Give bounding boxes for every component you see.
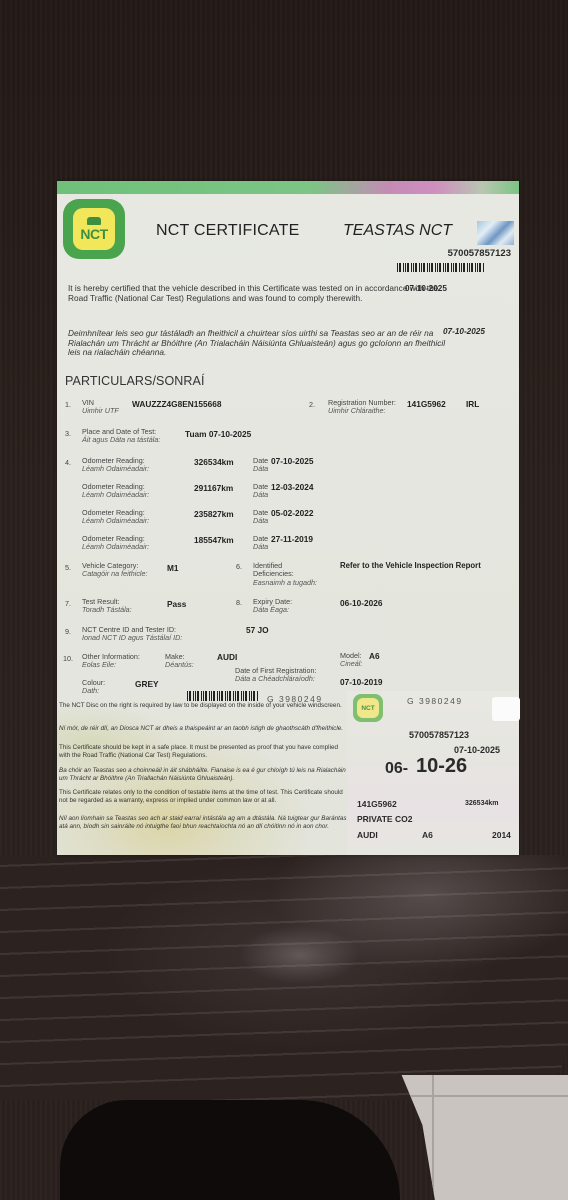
nct-logo-icon: NCT (63, 199, 125, 259)
section-title: PARTICULARS/SONRAÍ (65, 374, 205, 388)
statement-english: It is hereby certified that the vehicle … (68, 284, 458, 303)
odometer-date-label: Date Dáta (253, 483, 268, 500)
odometer-date-label: Date Dáta (253, 457, 268, 474)
odometer-value: 326534km (194, 457, 234, 467)
nct-certificate: NCT NCT CERTIFICATE TEASTAS NCT 57005785… (57, 181, 519, 855)
barcode-icon (187, 691, 258, 701)
legal-notice: This Certificate relates only to the con… (59, 789, 349, 804)
other-info-label: Other Information: Eolas Eile: (82, 653, 140, 670)
make-value: AUDI (217, 652, 237, 662)
legal-notice: Ba chóir an Teastas seo a choinneáil in … (59, 767, 349, 782)
title-irish: TEASTAS NCT (343, 222, 452, 240)
nct-disc: NCT G 3980249 570057857123 07-10-2025 06… (347, 691, 519, 855)
disc-expiry-main: 10-26 (416, 755, 467, 778)
odometer-label: Odometer Reading: Léamh Odaiméadair: (82, 509, 149, 526)
shoe (60, 1100, 400, 1200)
result-label: Test Result: Toradh Tástála: (82, 598, 132, 615)
colour-value: GREY (135, 679, 159, 689)
field-number: 8. (236, 598, 242, 607)
title-english: NCT CERTIFICATE (156, 222, 299, 240)
barcode-icon (397, 263, 485, 272)
field-number: 1. (65, 400, 71, 409)
disc-class: PRIVATE CO2 (357, 814, 412, 824)
model-label: Model: Cineál: (340, 652, 362, 669)
legal-notice: Níl aon líomhain sa Teastas seo ach ar s… (59, 815, 349, 830)
place-date-value: Tuam 07-10-2025 (185, 429, 251, 439)
field-number: 10. (63, 654, 73, 663)
deficiencies-label: Identified Deficiencies: Easnaimh a tuga… (253, 562, 323, 587)
vin-label: VIN Uimhir UTF (82, 399, 119, 416)
legal-notice: This Certificate should be kept in a saf… (59, 744, 349, 759)
expiry-label: Expiry Date: Dáta Éaga: (253, 598, 292, 615)
odometer-value: 291167km (194, 483, 233, 493)
disc-serial-number: 570057857123 (409, 730, 469, 740)
odometer-label: Odometer Reading: Léamh Odaiméadair: (82, 535, 149, 552)
field-number: 2. (309, 400, 315, 409)
colour-label: Colour: Dath: (82, 679, 105, 696)
hologram-icon (477, 221, 514, 245)
disc-model: A6 (422, 830, 433, 840)
field-number: 7. (65, 599, 71, 608)
odometer-date-label: Date Dáta (253, 535, 268, 552)
field-number: 5. (65, 563, 71, 572)
disc-year: 2014 (492, 830, 511, 840)
odometer-value: 185547km (194, 535, 234, 545)
statement-irish-date: 07-10-2025 (443, 327, 485, 336)
category-label: Vehicle Category: Catagóir na feithicle: (82, 562, 148, 579)
category-value: M1 (167, 563, 179, 573)
nct-disc-logo-icon: NCT (353, 694, 383, 722)
odometer-date: 05-02-2022 (271, 508, 313, 518)
disc-g-serial: G 3980249 (407, 696, 463, 706)
disc-expiry-prefix: 06- (385, 760, 408, 778)
disc-make: AUDI (357, 830, 378, 840)
serial-number: 570057857123 (448, 248, 511, 259)
first-registration-value: 07-10-2019 (340, 677, 382, 687)
centre-value: 57 JO (246, 625, 269, 635)
make-label: Make: Déantús: (165, 653, 194, 670)
field-number: 6. (236, 562, 242, 571)
odometer-date: 07-10-2025 (271, 456, 313, 466)
odometer-label: Odometer Reading: Léamh Odaiméadair: (82, 483, 149, 500)
model-value: A6 (369, 651, 380, 661)
odometer-date-label: Date Dáta (253, 509, 268, 526)
odometer-value: 235827km (194, 509, 234, 519)
registration-country: IRL (466, 399, 479, 409)
place-date-label: Place and Date of Test: Áit agus Dáta na… (82, 428, 160, 445)
wooden-table-edge (0, 855, 568, 1100)
disc-odometer: 326534km (465, 800, 498, 807)
centre-label: NCT Centre ID and Tester ID: Ionad NCT I… (82, 626, 182, 643)
odometer-label: Odometer Reading: Léamh Odaiméadair: (82, 457, 149, 474)
field-number: 3. (65, 429, 71, 438)
redacted-patch (492, 697, 520, 721)
first-registration-label: Date of First Registration: Dáta a Chéad… (235, 667, 317, 684)
result-value: Pass (167, 599, 186, 609)
field-number: 4. (65, 458, 71, 467)
vin-value: WAUZZZ4G8EN155668 (132, 399, 221, 409)
legal-notice: Ní mór, de réir dlí, an Diosca NCT ar dh… (59, 725, 349, 733)
disc-test-date: 07-10-2025 (454, 745, 500, 755)
registration-label: Registration Number: Uimhir Chláraithe: (328, 399, 396, 416)
statement-irish: Deimhnítear leis seo gur tástáladh an fh… (68, 329, 458, 358)
statement-english-date: 07-10-2025 (405, 284, 447, 293)
legal-notice: The NCT Disc on the right is required by… (59, 702, 349, 710)
color-band (57, 181, 519, 194)
expiry-value: 06-10-2026 (340, 598, 382, 608)
disc-registration: 141G5962 (357, 799, 397, 809)
field-number: 9. (65, 627, 71, 636)
registration-value: 141G5962 (407, 399, 446, 409)
deficiencies-value: Refer to the Vehicle Inspection Report (340, 561, 481, 570)
odometer-date: 27-11-2019 (271, 534, 313, 544)
odometer-date: 12-03-2024 (271, 482, 313, 492)
car-icon (87, 217, 101, 225)
